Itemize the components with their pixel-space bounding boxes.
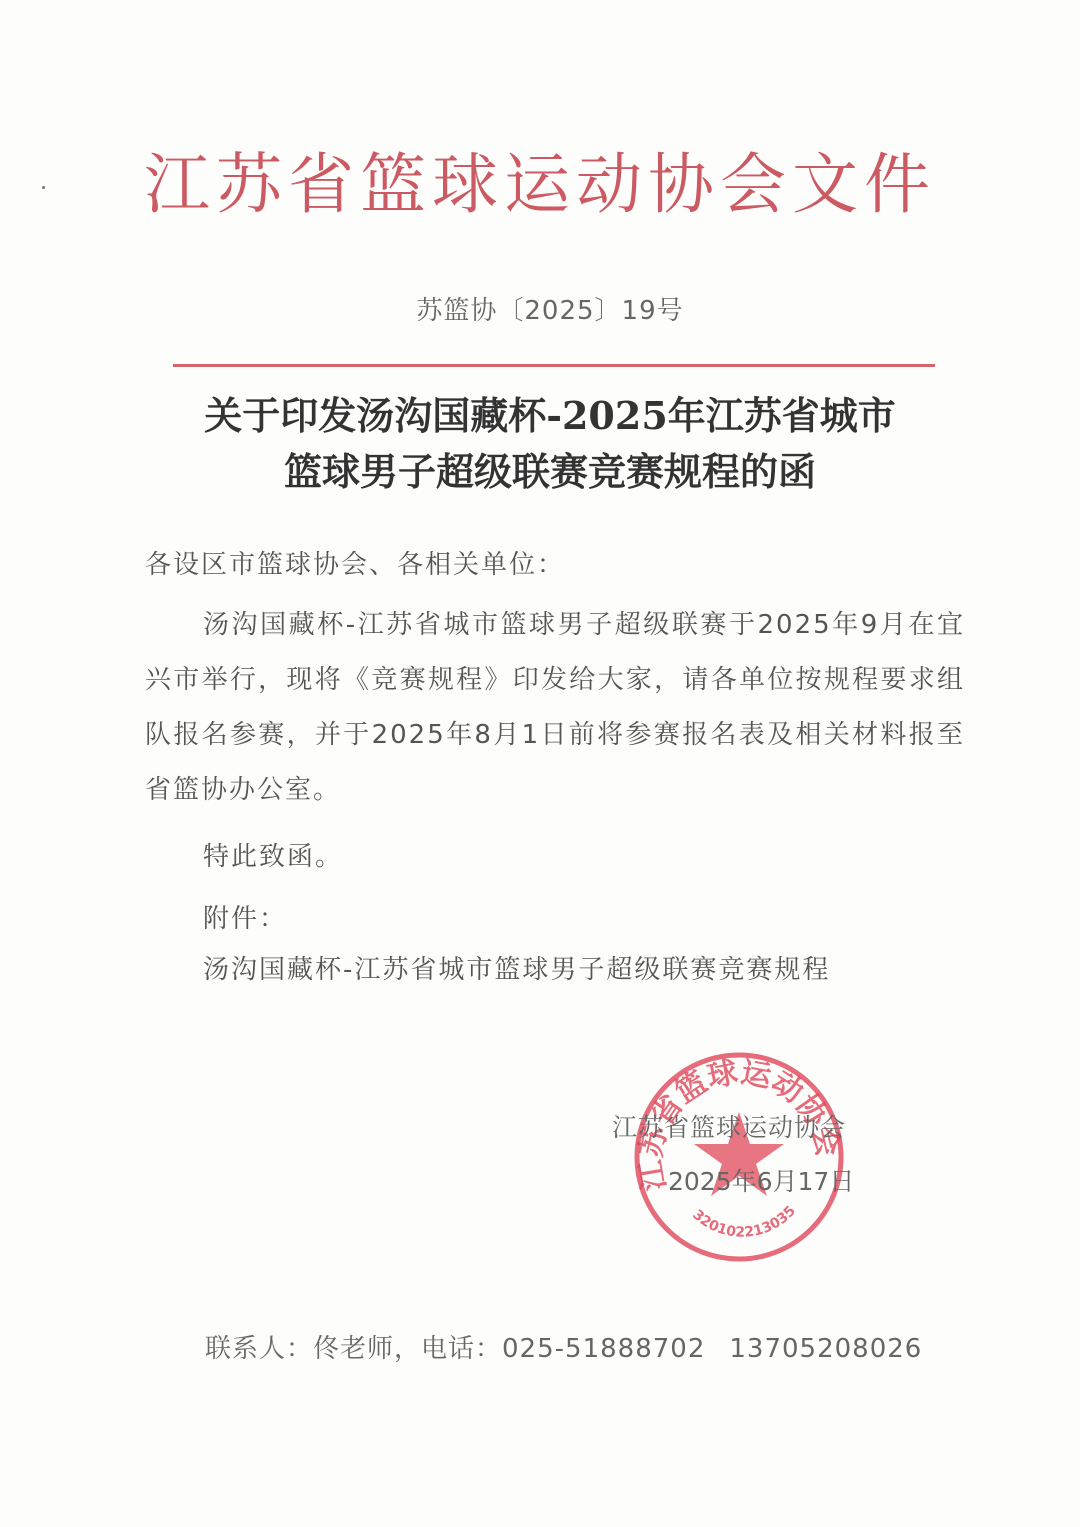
contact-label: 联系人：佟老师，电话： [205,1334,502,1364]
document-number: 苏篮协〔2025〕19号 [0,290,1080,327]
red-divider-line [173,364,935,367]
attachment-label: 附件： [203,892,287,947]
closing-line: 特此致函。 [203,830,343,885]
phone-landline: 025-51888702 [502,1334,705,1364]
phone-mobile: 13705208026 [729,1334,922,1364]
contact-info: 联系人：佟老师，电话：025-5188870213705208026 [205,1328,922,1365]
title-line-1: 关于印发汤沟国藏杯-2025年江苏省城市 [0,388,1080,444]
body-paragraph: 汤沟国藏杯-江苏省城市篮球男子超级联赛于2025年9月在宜兴市举行，现将《竞赛规… [145,598,965,818]
attachment-item: 汤沟国藏杯-江苏省城市篮球男子超级联赛竞赛规程 [203,943,830,998]
org-header-title: 江苏省篮球运动协会文件 [0,140,1080,230]
signing-date: 2025年6月17日 [668,1162,854,1198]
seal-graphic: 江苏省篮球运动协会 3201022130355 [632,1050,847,1265]
document-title: 关于印发汤沟国藏杯-2025年江苏省城市 篮球男子超级联赛竞赛规程的函 [0,388,1080,500]
salutation: 各设区市篮球协会、各相关单位： [145,538,565,593]
title-line-2: 篮球男子超级联赛竞赛规程的函 [0,444,1080,500]
official-seal: 江苏省篮球运动协会 3201022130355 [632,1050,847,1265]
signing-organization: 江苏省篮球运动协会 [612,1108,846,1144]
